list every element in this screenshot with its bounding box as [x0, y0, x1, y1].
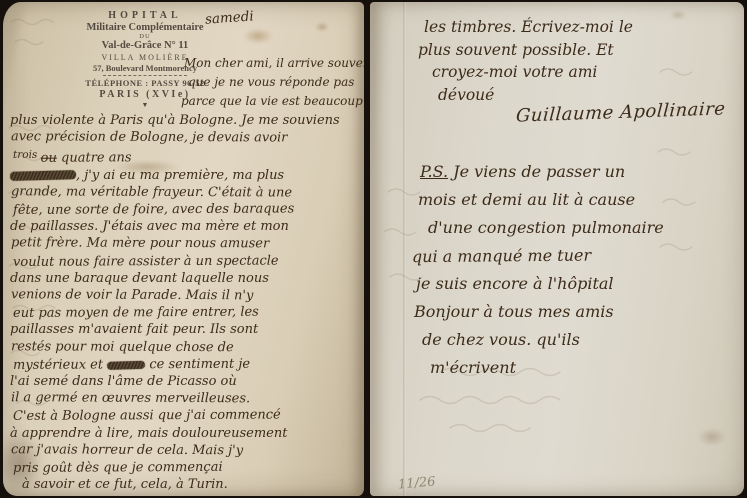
letterhead-divider	[103, 75, 187, 76]
handwriting-line: venions de voir la Parade. Mais il n'y	[11, 286, 362, 305]
letter-scan: HOPITAL Militaire Complémentaire DU Val-…	[0, 0, 747, 498]
text-segment: paillasses m'avaient fait peur. Ils sont	[10, 322, 258, 337]
text-segment: quatre ans	[57, 151, 132, 166]
handwriting-line: mois et demi au lit à cause	[418, 186, 664, 214]
text-segment: mystérieux et	[13, 357, 107, 372]
handwriting-line: parce que la vie est beaucoup	[181, 92, 364, 111]
text-segment: que je ne vous réponde pas	[188, 75, 354, 89]
text-segment: croyez-moi votre ami	[432, 63, 597, 81]
handwriting-line: mystérieux et ce sentiment je	[13, 355, 362, 374]
stain	[698, 428, 726, 446]
handwriting-line: grande, ma véritable frayeur. C'était à …	[11, 183, 362, 202]
text-segment: m'écrivent	[430, 358, 516, 377]
handwriting-line: dans une baraque devant laquelle nous	[10, 270, 362, 287]
handwriting-line: fête, une sorte de foire, avec des baraq…	[13, 200, 362, 219]
handwriting-line: de chez vous. qu'ils	[422, 326, 664, 354]
handwriting-line: que je ne vous réponde pas	[188, 73, 364, 92]
ink-scribble	[10, 170, 76, 181]
opening-lines: Mon cher ami, il arrive souventque je ne…	[184, 54, 364, 111]
text-segment: avec précision de Bologne, je devais avo…	[11, 129, 287, 145]
left-page: HOPITAL Militaire Complémentaire DU Val-…	[3, 2, 364, 496]
text-segment: petit frère. Ma mère pour nous amuser	[11, 236, 269, 252]
text-segment: ce sentiment je	[145, 357, 250, 373]
handwriting-line: croyez-moi votre ami	[432, 61, 633, 84]
text-segment: plus souvent possible. Et	[418, 41, 614, 59]
handwriting-line: , j'y ai eu ma première, ma plus	[10, 167, 362, 184]
text-segment: ou	[41, 151, 57, 166]
postscript-lines: P.S. Je viens de passer unmois et demi a…	[420, 158, 664, 382]
letterhead-val-de-grace: Val-de-Grâce N° 11	[73, 40, 217, 51]
text-segment: Mon cher ami, il arrive souvent	[184, 56, 364, 70]
handwriting-line: les timbres. Écrivez-moi le	[424, 16, 633, 39]
body-lines: plus violente à Paris qu'à Bologne. Je m…	[10, 112, 362, 493]
handwriting-line: voulut nous faire assister à un spectacl…	[13, 252, 362, 271]
text-segment: à apprendre à lire, mais douloureusement	[10, 426, 287, 441]
text-segment: dans une baraque devant laquelle nous	[10, 271, 269, 286]
text-segment: Je viens de passer un	[448, 162, 625, 181]
text-segment: car j'avais horreur de cela. Mais j'y	[11, 442, 243, 458]
text-segment: de chez vous. qu'ils	[422, 330, 580, 349]
text-segment: mois et demi au lit à cause	[418, 190, 635, 209]
text-segment: voulut nous faire assister à un spectacl…	[13, 253, 279, 269]
handwriting-line: plus violente à Paris qu'à Bologne. Je m…	[10, 112, 362, 129]
handwriting-line: paillasses m'avaient fait peur. Ils sont	[10, 321, 362, 338]
text-segment: parce que la vie est beaucoup	[181, 94, 363, 108]
text-segment: , j'y ai eu ma première, ma plus	[76, 168, 284, 183]
text-segment: qui a manqué me tuer	[412, 246, 591, 267]
handwriting-line: à savoir et ce fut, cela, à Turin.	[22, 476, 362, 493]
handwriting-line: eut pas moyen de me faire entrer, les	[13, 303, 362, 322]
text-segment: dévoué	[438, 86, 494, 104]
text-segment: l'ai semé dans l'âme de Picasso où	[10, 374, 237, 389]
handwriting-line: à apprendre à lire, mais douloureusement	[10, 425, 362, 442]
handwriting-line: de paillasses. J'étais avec ma mère et m…	[10, 218, 362, 235]
handwriting-line: trois ou quatre ans	[13, 145, 362, 167]
letterhead-hospital: HOPITAL	[73, 10, 217, 21]
handwriting-line: Mon cher ami, il arrive souvent	[184, 54, 364, 73]
text-segment: restés pour moi quelque chose de	[11, 339, 234, 355]
text-segment: trois	[13, 149, 41, 161]
handwriting-line: m'écrivent	[430, 354, 664, 382]
text-segment: eut pas moyen de me faire entrer, les	[13, 305, 259, 321]
handwriting-line: C'est à Bologne aussi que j'ai commencé	[13, 407, 362, 426]
text-segment: pris goût dès que je commençai	[13, 460, 223, 476]
letterhead-unit: Militaire Complémentaire	[73, 22, 217, 33]
date-note: samedi	[205, 8, 255, 27]
handwriting-line: restés pour moi quelque chose de	[11, 338, 362, 357]
fold-crease	[403, 2, 406, 496]
handwriting-line: plus souvent possible. Et	[418, 39, 633, 62]
text-segment: C'est à Bologne aussi que j'ai commencé	[13, 408, 281, 424]
text-segment: à savoir et ce fut, cela, à Turin.	[22, 477, 228, 492]
handwriting-line: je suis encore à l'hôpital	[416, 270, 664, 298]
handwriting-line: qui a manqué me tuer	[412, 241, 664, 271]
text-segment: plus violente à Paris qu'à Bologne. Je m…	[10, 113, 340, 128]
handwriting-line: P.S. Je viens de passer un	[420, 158, 664, 186]
text-segment: d'une congestion pulmonaire	[428, 218, 664, 237]
text-segment: grande, ma véritable frayeur. C'était à …	[11, 184, 292, 200]
handwriting-line: Bonjour à tous mes amis	[414, 298, 664, 326]
handwriting-line: pris goût dès que je commençai	[13, 458, 362, 477]
letterhead-du: DU	[73, 33, 217, 40]
handwriting-line: d'une congestion pulmonaire	[428, 214, 664, 242]
stain	[670, 10, 686, 20]
ink-scribble	[107, 361, 145, 370]
handwriting-line: petit frère. Ma mère pour nous amuser	[11, 235, 362, 254]
stain	[315, 22, 329, 32]
text-segment: fête, une sorte de foire, avec des baraq…	[13, 201, 294, 217]
handwriting-line: car j'avais horreur de cela. Mais j'y	[11, 441, 362, 460]
archive-number: 11/26	[397, 474, 436, 492]
text-segment: je suis encore à l'hôpital	[416, 274, 614, 293]
closing-lines: les timbres. Écrivez-moi leplus souvent …	[424, 16, 633, 106]
text-segment: P.S.	[420, 162, 448, 181]
handwriting-line: l'ai semé dans l'âme de Picasso où	[10, 373, 362, 390]
text-segment: Bonjour à tous mes amis	[414, 302, 614, 321]
stain	[243, 28, 273, 44]
text-segment: il a germé en œuvres merveilleuses.	[11, 390, 250, 406]
text-segment: les timbres. Écrivez-moi le	[424, 18, 633, 36]
text-segment: de paillasses. J'étais avec ma mère et m…	[10, 219, 289, 234]
text-segment: venions de voir la Parade. Mais il n'y	[11, 287, 253, 303]
right-page: les timbres. Écrivez-moi leplus souvent …	[370, 2, 744, 496]
